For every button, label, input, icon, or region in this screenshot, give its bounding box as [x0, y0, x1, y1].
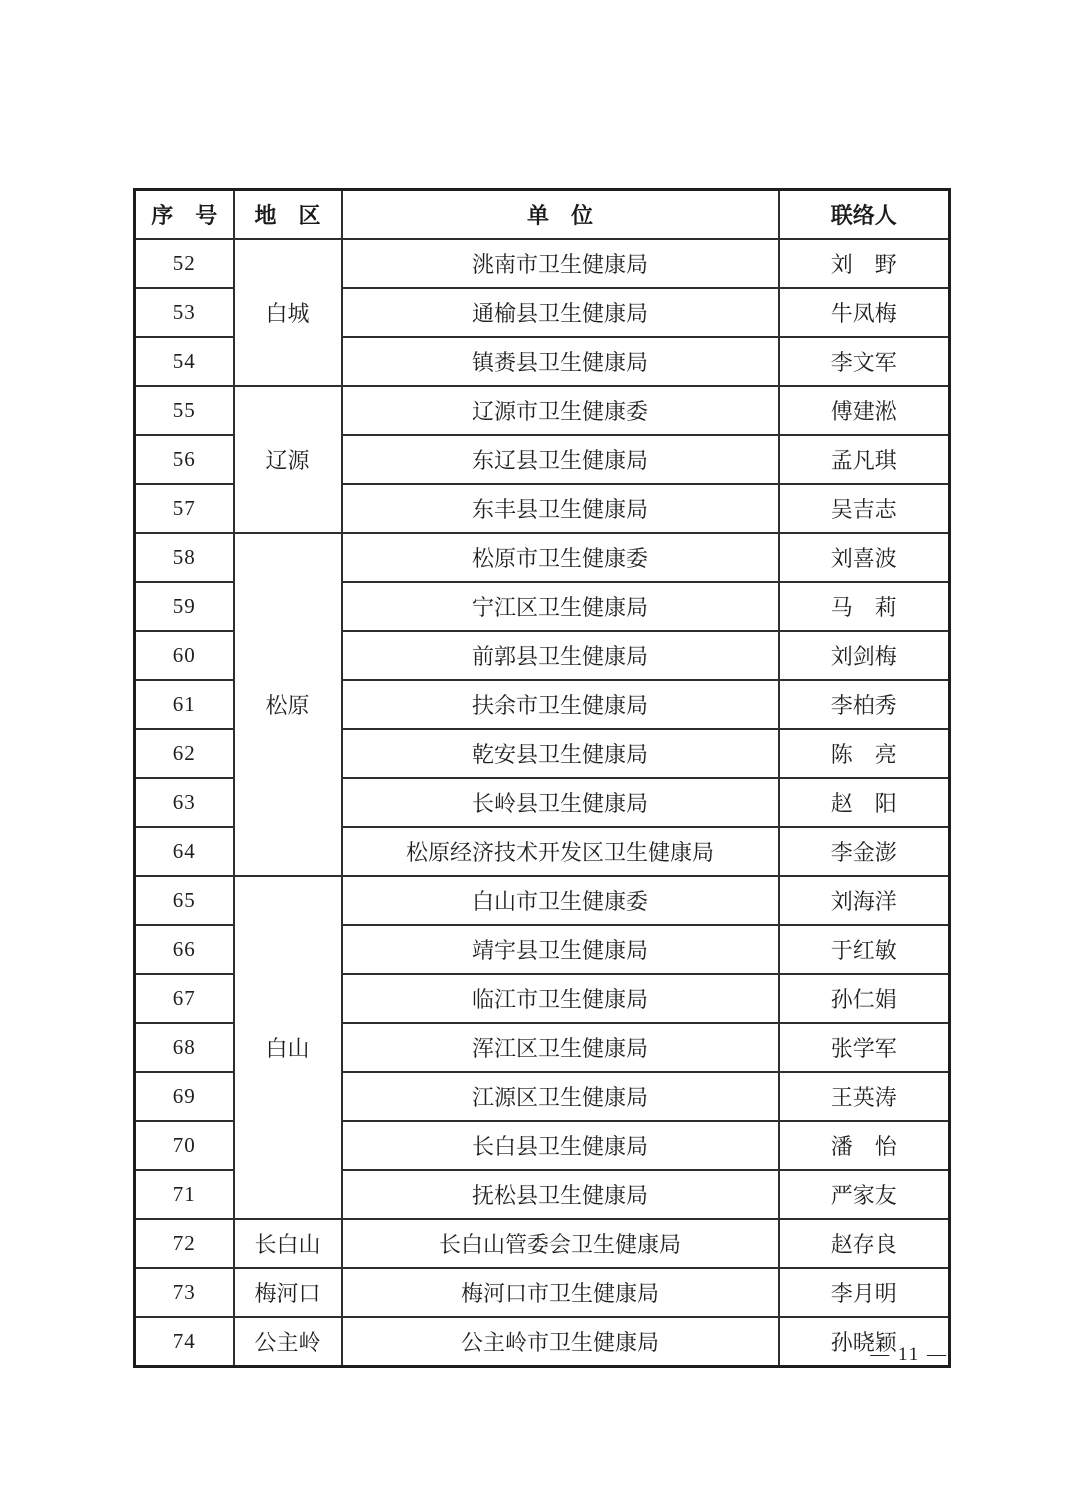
- page-number: — 11 —: [870, 1344, 948, 1366]
- contact-cell: 马 莉: [779, 582, 950, 631]
- contact-cell: 赵 阳: [779, 778, 950, 827]
- unit-cell: 通榆县卫生健康局: [342, 288, 779, 337]
- document-page: 序 号 地 区 单 位 联络人 52白城洮南市卫生健康局刘 野53通榆县卫生健康…: [0, 0, 1079, 1510]
- column-header-contact: 联络人: [779, 190, 950, 240]
- unit-cell: 靖宇县卫生健康局: [342, 925, 779, 974]
- unit-cell: 浑江区卫生健康局: [342, 1023, 779, 1072]
- table-header: 序 号 地 区 单 位 联络人: [135, 190, 950, 240]
- table-row: 74公主岭公主岭市卫生健康局孙晓颖: [135, 1317, 950, 1367]
- table-row: 73梅河口梅河口市卫生健康局李月明: [135, 1268, 950, 1317]
- contact-cell: 傅建淞: [779, 386, 950, 435]
- contact-cell: 潘 怡: [779, 1121, 950, 1170]
- serial-cell: 53: [135, 288, 234, 337]
- serial-cell: 62: [135, 729, 234, 778]
- contact-cell: 李柏秀: [779, 680, 950, 729]
- contact-cell: 李金澎: [779, 827, 950, 876]
- contact-cell: 刘 野: [779, 239, 950, 288]
- region-cell: 松原: [234, 533, 342, 876]
- serial-cell: 74: [135, 1317, 234, 1367]
- unit-cell: 长白县卫生健康局: [342, 1121, 779, 1170]
- table-body: 52白城洮南市卫生健康局刘 野53通榆县卫生健康局牛凤梅54镇赉县卫生健康局李文…: [135, 239, 950, 1367]
- serial-cell: 61: [135, 680, 234, 729]
- contact-cell: 孙仁娟: [779, 974, 950, 1023]
- unit-cell: 扶余市卫生健康局: [342, 680, 779, 729]
- unit-cell: 长岭县卫生健康局: [342, 778, 779, 827]
- contact-cell: 刘剑梅: [779, 631, 950, 680]
- contact-cell: 吴吉志: [779, 484, 950, 533]
- region-cell: 梅河口: [234, 1268, 342, 1317]
- serial-cell: 70: [135, 1121, 234, 1170]
- header-row: 序 号 地 区 单 位 联络人: [135, 190, 950, 240]
- contacts-table: 序 号 地 区 单 位 联络人 52白城洮南市卫生健康局刘 野53通榆县卫生健康…: [133, 188, 951, 1368]
- serial-cell: 66: [135, 925, 234, 974]
- serial-cell: 68: [135, 1023, 234, 1072]
- unit-cell: 梅河口市卫生健康局: [342, 1268, 779, 1317]
- region-cell: 白山: [234, 876, 342, 1219]
- contact-cell: 严家友: [779, 1170, 950, 1219]
- serial-cell: 59: [135, 582, 234, 631]
- serial-cell: 65: [135, 876, 234, 925]
- contact-cell: 王英涛: [779, 1072, 950, 1121]
- region-cell: 长白山: [234, 1219, 342, 1268]
- contact-cell: 李文军: [779, 337, 950, 386]
- unit-cell: 临江市卫生健康局: [342, 974, 779, 1023]
- column-header-region: 地 区: [234, 190, 342, 240]
- region-cell: 辽源: [234, 386, 342, 533]
- table-row: 72长白山长白山管委会卫生健康局赵存良: [135, 1219, 950, 1268]
- serial-cell: 52: [135, 239, 234, 288]
- serial-cell: 57: [135, 484, 234, 533]
- unit-cell: 镇赉县卫生健康局: [342, 337, 779, 386]
- unit-cell: 白山市卫生健康委: [342, 876, 779, 925]
- unit-cell: 辽源市卫生健康委: [342, 386, 779, 435]
- serial-cell: 64: [135, 827, 234, 876]
- unit-cell: 公主岭市卫生健康局: [342, 1317, 779, 1367]
- unit-cell: 长白山管委会卫生健康局: [342, 1219, 779, 1268]
- contact-cell: 孟凡琪: [779, 435, 950, 484]
- contact-cell: 牛凤梅: [779, 288, 950, 337]
- region-cell: 白城: [234, 239, 342, 386]
- table-row: 55辽源辽源市卫生健康委傅建淞: [135, 386, 950, 435]
- contact-cell: 刘海洋: [779, 876, 950, 925]
- unit-cell: 东辽县卫生健康局: [342, 435, 779, 484]
- contact-cell: 张学军: [779, 1023, 950, 1072]
- serial-cell: 55: [135, 386, 234, 435]
- serial-cell: 72: [135, 1219, 234, 1268]
- unit-cell: 抚松县卫生健康局: [342, 1170, 779, 1219]
- unit-cell: 洮南市卫生健康局: [342, 239, 779, 288]
- serial-cell: 58: [135, 533, 234, 582]
- column-header-unit: 单 位: [342, 190, 779, 240]
- table-row: 58松原松原市卫生健康委刘喜波: [135, 533, 950, 582]
- unit-cell: 前郭县卫生健康局: [342, 631, 779, 680]
- region-cell: 公主岭: [234, 1317, 342, 1367]
- table-row: 52白城洮南市卫生健康局刘 野: [135, 239, 950, 288]
- unit-cell: 松原经济技术开发区卫生健康局: [342, 827, 779, 876]
- unit-cell: 东丰县卫生健康局: [342, 484, 779, 533]
- serial-cell: 54: [135, 337, 234, 386]
- serial-cell: 67: [135, 974, 234, 1023]
- serial-cell: 63: [135, 778, 234, 827]
- contact-cell: 于红敏: [779, 925, 950, 974]
- column-header-serial: 序 号: [135, 190, 234, 240]
- contact-cell: 刘喜波: [779, 533, 950, 582]
- serial-cell: 69: [135, 1072, 234, 1121]
- unit-cell: 宁江区卫生健康局: [342, 582, 779, 631]
- contact-cell: 赵存良: [779, 1219, 950, 1268]
- serial-cell: 71: [135, 1170, 234, 1219]
- unit-cell: 松原市卫生健康委: [342, 533, 779, 582]
- serial-cell: 56: [135, 435, 234, 484]
- serial-cell: 73: [135, 1268, 234, 1317]
- unit-cell: 江源区卫生健康局: [342, 1072, 779, 1121]
- table-row: 65白山白山市卫生健康委刘海洋: [135, 876, 950, 925]
- unit-cell: 乾安县卫生健康局: [342, 729, 779, 778]
- contact-cell: 李月明: [779, 1268, 950, 1317]
- serial-cell: 60: [135, 631, 234, 680]
- contact-cell: 陈 亮: [779, 729, 950, 778]
